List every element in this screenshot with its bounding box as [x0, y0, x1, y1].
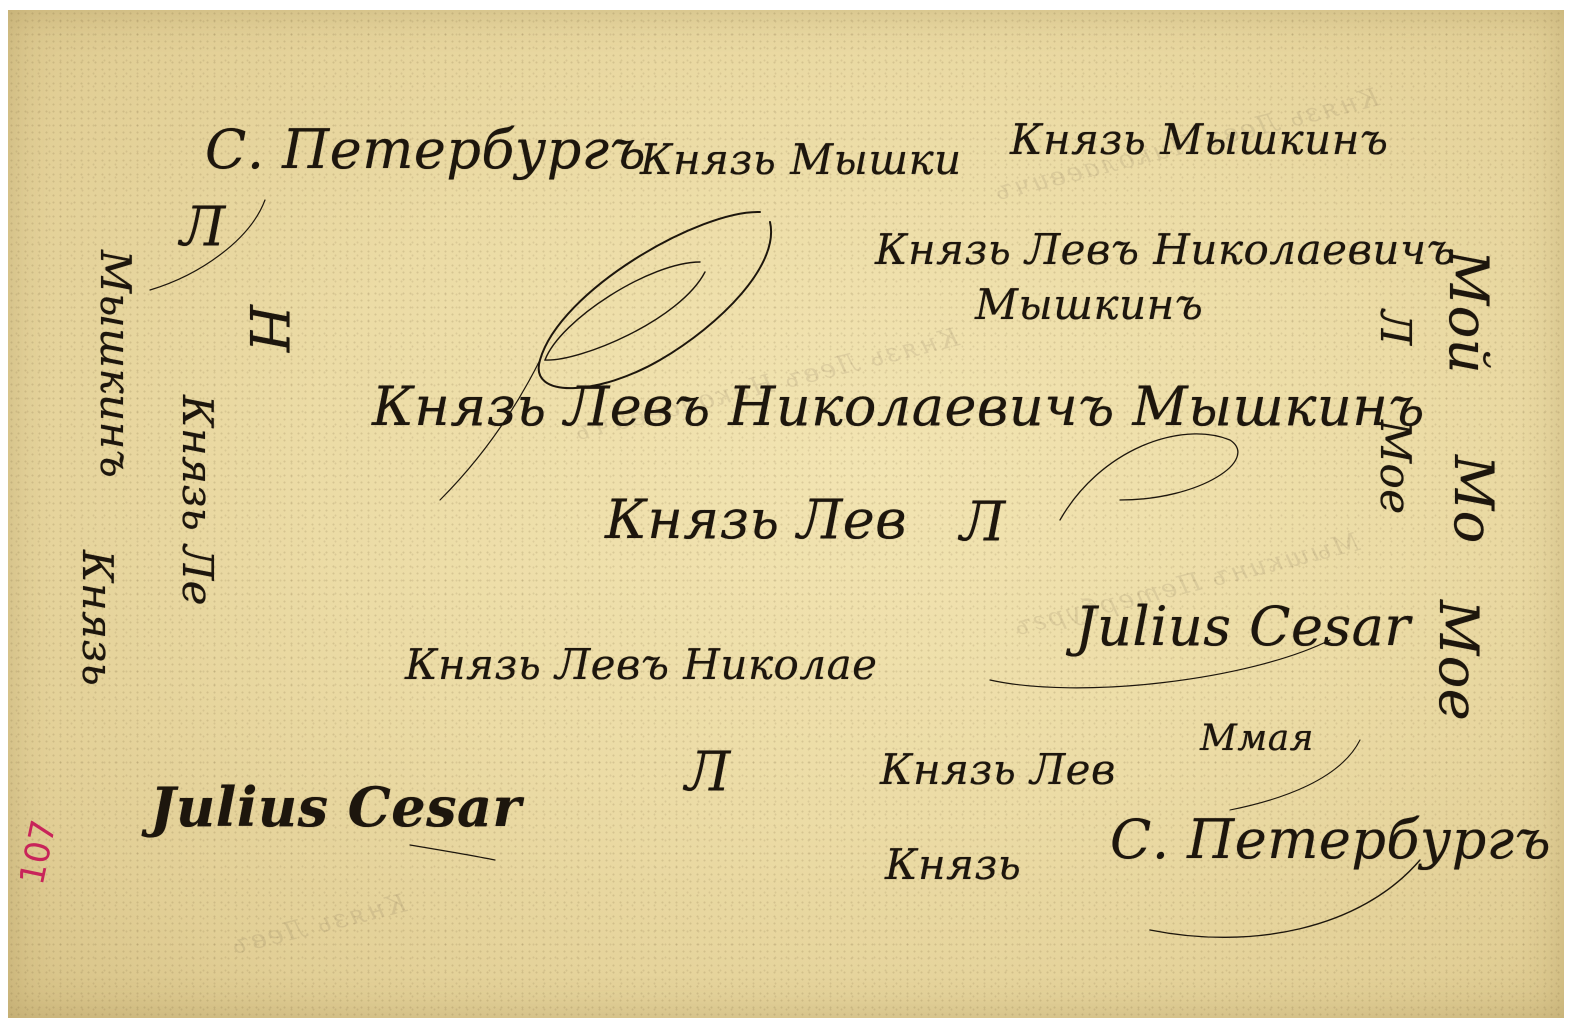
line-knyaz-lev-nikolae: Князь Левъ Николае [405, 640, 877, 689]
line-knyaz-myshki: Князь Мышки [640, 135, 962, 184]
initial-left-top: Л [180, 195, 226, 258]
line-julius-cesar-right: Julius Cesar [1075, 595, 1411, 658]
initial-center: Л [960, 490, 1006, 553]
line-knyaz-myshkin-top: Князь Мышкинъ [1010, 115, 1388, 164]
line-myshkin-2: Мышкинъ [975, 280, 1203, 329]
vertical-knyaz-left: Князь [73, 550, 122, 686]
line-main-full-name: Князь Левъ Николаевичъ Мышкинъ [372, 375, 1425, 438]
initial-bottom-center: Л [685, 740, 731, 803]
line-knyaz-bottom: Князь [885, 840, 1021, 889]
vertical-right-inner-2: Мое [1371, 420, 1420, 515]
vertical-knyaz-lev-left: Князь Ле [173, 395, 222, 606]
line-julius-cesar-left: Julius Cesar [150, 775, 521, 839]
vertical-right-outer-3: Мое [1427, 600, 1490, 721]
bleed-through-text: Князь Левъ [227, 889, 410, 962]
line-knyaz-lev-center: Князь Лев [605, 488, 907, 551]
vertical-right-outer-2: Мо [1442, 455, 1505, 544]
vertical-myshkin-left: Мышкинъ [91, 250, 140, 478]
line-mmaya: Ммая [1200, 718, 1314, 759]
vertical-right-inner-1: Л [1371, 310, 1420, 346]
line-knyaz-lev-nikolaevich: Князь Левъ Николаевичъ [875, 225, 1455, 274]
vertical-right-outer-1: Мой [1437, 250, 1500, 374]
line-spb-bottom: С. Петербургъ [1110, 808, 1551, 871]
line-knyaz-lev-bottom: Князь Лев [880, 745, 1116, 794]
initial-left-mid: Н [237, 305, 300, 353]
line-spb-top: С. Петербургъ [205, 118, 646, 181]
